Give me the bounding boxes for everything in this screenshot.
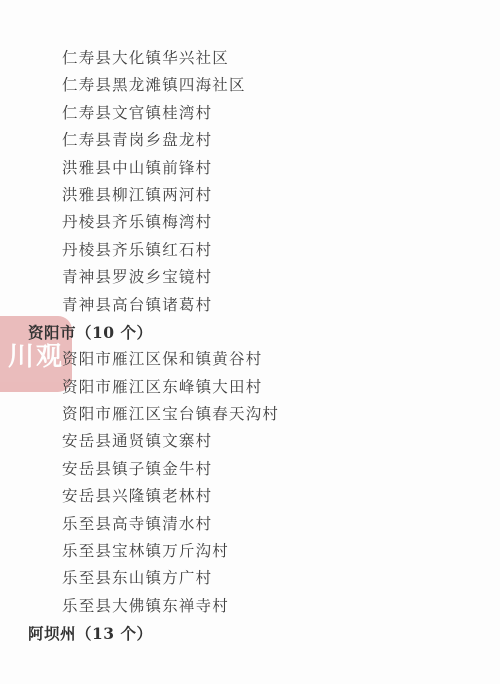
section-header-ziyang: 资阳市（10 个） xyxy=(0,319,500,346)
list-item: 安岳县通贤镇文寨村 xyxy=(0,428,500,455)
list-item: 洪雅县柳江镇两河村 xyxy=(0,182,500,209)
list-item: 青神县罗波乡宝镜村 xyxy=(0,264,500,291)
list-item: 丹棱县齐乐镇梅湾村 xyxy=(0,209,500,236)
list-item: 仁寿县大化镇华兴社区 xyxy=(0,45,500,72)
list-item: 丹棱县齐乐镇红石村 xyxy=(0,237,500,264)
list-item: 资阳市雁江区保和镇黄谷村 xyxy=(0,346,500,373)
section-header-label: 资阳市 xyxy=(28,323,76,342)
section-header-count: （13 个） xyxy=(76,624,152,643)
list-item: 资阳市雁江区东峰镇大田村 xyxy=(0,374,500,401)
list-item: 安岳县兴隆镇老林村 xyxy=(0,483,500,510)
list-item: 青神县高台镇诸葛村 xyxy=(0,292,500,319)
list-item: 乐至县大佛镇东禅寺村 xyxy=(0,593,500,620)
list-item: 仁寿县文官镇桂湾村 xyxy=(0,100,500,127)
list-item: 乐至县高寺镇清水村 xyxy=(0,511,500,538)
list-item: 安岳县镇子镇金牛村 xyxy=(0,456,500,483)
list-item: 乐至县宝林镇万斤沟村 xyxy=(0,538,500,565)
list-item: 洪雅县中山镇前锋村 xyxy=(0,155,500,182)
village-list: 仁寿县大化镇华兴社区 仁寿县黑龙滩镇四海社区 仁寿县文官镇桂湾村 仁寿县青岗乡盘… xyxy=(0,45,500,648)
section-header-label: 阿坝州 xyxy=(28,624,76,643)
list-item: 仁寿县黑龙滩镇四海社区 xyxy=(0,72,500,99)
section-header-aba: 阿坝州（13 个） xyxy=(0,620,500,647)
document-page: 川观 仁寿县大化镇华兴社区 仁寿县黑龙滩镇四海社区 仁寿县文官镇桂湾村 仁寿县青… xyxy=(0,0,500,684)
section-header-count: （10 个） xyxy=(76,323,152,342)
list-item: 仁寿县青岗乡盘龙村 xyxy=(0,127,500,154)
list-item: 资阳市雁江区宝台镇春天沟村 xyxy=(0,401,500,428)
list-item: 乐至县东山镇方广村 xyxy=(0,565,500,592)
